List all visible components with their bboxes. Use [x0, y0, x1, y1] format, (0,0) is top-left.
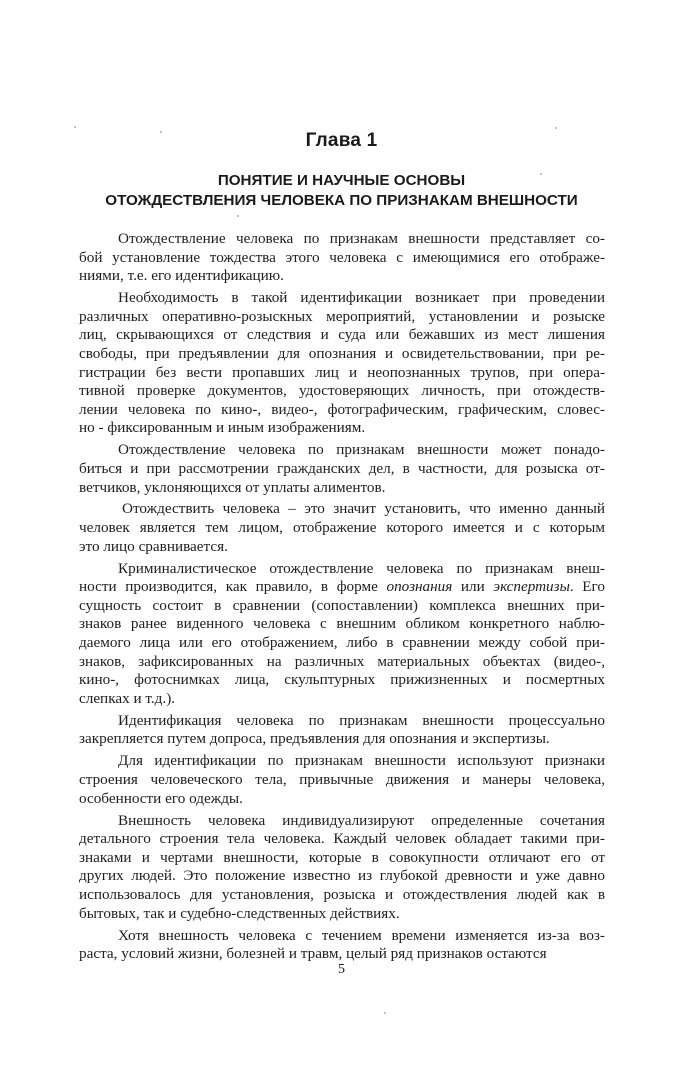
text-line: других людей. Это положение известно из … — [79, 867, 605, 886]
scan-speck — [384, 1012, 386, 1014]
text-line: биться и при рассмотрении гражданских де… — [79, 460, 605, 479]
text-line: Отождествление человека по признакам вне… — [79, 230, 605, 249]
document-page: Глава 1 ПОНЯТИЕ И НАУЧНЫЕ ОСНОВЫ ОТОЖДЕС… — [0, 0, 683, 1080]
text-line: знаков, зафиксированных на различных мат… — [79, 653, 605, 672]
paragraph: Необходимость в такой идентификации возн… — [79, 289, 605, 438]
text-line: бытовых, так и судебно-следственных дейс… — [79, 905, 605, 924]
text-line: закрепляется путем допроса, предъявления… — [79, 730, 605, 749]
body-text: Отождествление человека по признакам вне… — [79, 230, 605, 967]
text-line: Криминалистическое отождествление челове… — [79, 560, 605, 579]
text-line: свободы, при предъявлении для опознания … — [79, 345, 605, 364]
text-line: детального строения тела человека. Кажды… — [79, 830, 605, 849]
chapter-heading-line-2: ОТОЖДЕСТВЛЕНИЯ ЧЕЛОВЕКА ПО ПРИЗНАКАМ ВНЕ… — [40, 191, 643, 211]
chapter-heading: ПОНЯТИЕ И НАУЧНЫЕ ОСНОВЫ ОТОЖДЕСТВЛЕНИЯ … — [40, 171, 643, 211]
scan-speck — [540, 173, 542, 175]
italic-term: экспертизы — [493, 578, 569, 595]
text-line: но - фиксированным и иным изображениям. — [79, 419, 605, 438]
text-line: кино-, фотоснимках лица, скульптурных пр… — [79, 671, 605, 690]
text-line: строения человеческого тела, привычные д… — [79, 771, 605, 790]
text-line: Внешность человека индивидуализируют опр… — [79, 812, 605, 831]
text-line: раста, условий жизни, болезней и травм, … — [79, 945, 605, 964]
paragraph: Отождествление человека по признакам вне… — [79, 441, 605, 497]
paragraph: Отождествление человека по признакам вне… — [79, 230, 605, 286]
paragraph: Идентификация человека по признакам внеш… — [79, 712, 605, 749]
text-line: слепках и т.д.). — [79, 690, 605, 709]
text-line: знаков ранее виденного человека с внешни… — [79, 615, 605, 634]
text-line: Идентификация человека по признакам внеш… — [79, 712, 605, 731]
text-line: Необходимость в такой идентификации возн… — [79, 289, 605, 308]
text-line: ниями, т.е. его идентификацию. — [79, 267, 605, 286]
text-line: Хотя внешность человека с течением време… — [79, 927, 605, 946]
text-line: Отождествление человека по признакам вне… — [79, 441, 605, 460]
paragraph: Для идентификации по признакам внешности… — [79, 752, 605, 808]
text-line: лиц, скрывающихся от следствия и суда ил… — [79, 326, 605, 345]
paragraph: Криминалистическое отождествление челове… — [79, 560, 605, 709]
scan-speck — [237, 215, 239, 217]
text-line: человек является тем лицом, отображение … — [79, 519, 605, 538]
text-line: гистрации без вести пропавших лиц и неоп… — [79, 364, 605, 383]
text-line: лении человека по кино-, видео-, фотогра… — [79, 401, 605, 420]
paragraph: Внешность человека индивидуализируют опр… — [79, 812, 605, 924]
text-line: ности производится, как правило, в форме… — [79, 578, 605, 597]
scan-speck — [555, 127, 557, 129]
chapter-heading-line-1: ПОНЯТИЕ И НАУЧНЫЕ ОСНОВЫ — [40, 171, 643, 191]
text-line: знаками и чертами внешности, которые в с… — [79, 849, 605, 868]
text-line: особенности его одежды. — [79, 790, 605, 809]
text-line: Отождествить человека – это значит устан… — [79, 500, 605, 519]
text-line: Для идентификации по признакам внешности… — [79, 752, 605, 771]
text-line: это лицо сравнивается. — [79, 538, 605, 557]
scan-speck — [160, 131, 162, 133]
text-line: сущность состоит в сравнении (сопоставле… — [79, 597, 605, 616]
text-line: использовалось для установления, розыска… — [79, 886, 605, 905]
text-line: даемого лица или его отображением, либо … — [79, 634, 605, 653]
text-line: ветчиков, уклоняющихся от уплаты алимент… — [79, 479, 605, 498]
text-line: тивной проверке документов, удостоверяющ… — [79, 382, 605, 401]
text-line: различных оперативно-розыскных мероприят… — [79, 308, 605, 327]
paragraph: Хотя внешность человека с течением време… — [79, 927, 605, 964]
paragraph: Отождествить человека – это значит устан… — [79, 500, 605, 556]
chapter-title: Глава 1 — [0, 130, 683, 152]
italic-term: опознания — [386, 578, 452, 595]
page-number: 5 — [0, 962, 683, 978]
scan-speck — [74, 126, 76, 128]
text-line: бой установление тождества этого человек… — [79, 249, 605, 268]
